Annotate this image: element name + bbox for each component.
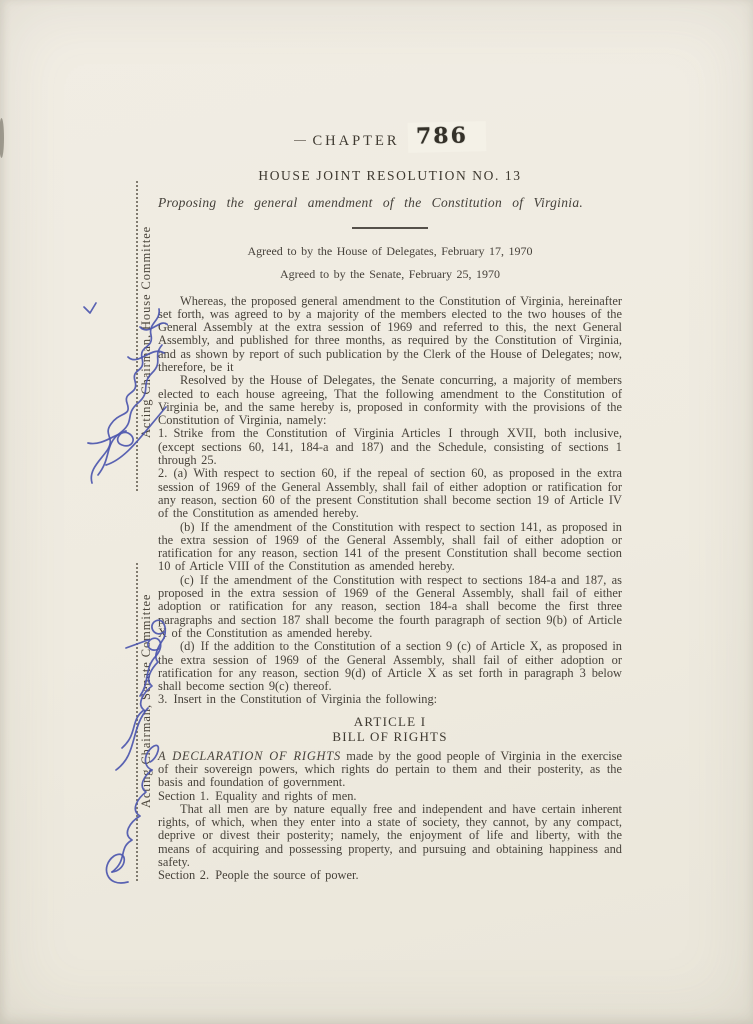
paragraph-item-2d: (d) If the addition to the Constitution … xyxy=(158,640,622,693)
resolution-subtitle: Proposing the general amendment of the C… xyxy=(158,195,622,211)
paragraph-item-3: 3. Insert in the Constitution of Virgini… xyxy=(158,693,622,706)
chapter-line: CHAPTER786 xyxy=(158,124,622,154)
section-1-text: That all men are by nature equally free … xyxy=(158,803,622,869)
scan-edge-artifact xyxy=(0,118,4,158)
paragraph-whereas: Whereas, the proposed general amendment … xyxy=(158,295,622,375)
resolution-body: Whereas, the proposed general amendment … xyxy=(158,295,622,883)
senate-chairman-signature xyxy=(92,588,170,888)
paragraph-declaration: A DECLARATION OF RIGHTS made by the good… xyxy=(158,750,622,790)
scan-dash-artifact xyxy=(294,140,306,141)
section-1-heading: Section 1. Equality and rights of men. xyxy=(158,790,622,803)
paragraph-item-2c: (c) If the amendment of the Constitution… xyxy=(158,574,622,640)
paragraph-item-2a: 2. (a) With respect to section 60, if th… xyxy=(158,467,622,520)
scanned-document-page: Acting Chairman, House Committee Acting … xyxy=(0,0,753,1024)
article-heading-line1: ARTICLE I xyxy=(158,714,622,729)
article-heading: ARTICLE I BILL OF RIGHTS xyxy=(158,714,622,744)
chapter-number-stamp: 786 xyxy=(407,121,486,153)
paragraph-item-1: 1. Strike from the Constitution of Virgi… xyxy=(158,427,622,467)
chapter-label: CHAPTER xyxy=(312,133,399,149)
house-chairman-signature xyxy=(82,283,168,488)
section-divider-rule xyxy=(352,227,428,229)
agreed-house-line: Agreed to by the House of Delegates, Feb… xyxy=(158,244,622,259)
document-content-column: CHAPTER786 HOUSE JOINT RESOLUTION NO. 13… xyxy=(158,0,622,883)
article-heading-line2: BILL OF RIGHTS xyxy=(158,729,622,744)
agreed-senate-line: Agreed to by the Senate, February 25, 19… xyxy=(158,267,622,282)
paragraph-item-2b: (b) If the amendment of the Constitution… xyxy=(158,521,622,574)
section-2-heading: Section 2. People the source of power. xyxy=(158,869,622,882)
paragraph-resolved: Resolved by the House of Delegates, the … xyxy=(158,374,622,427)
declaration-lead-italic: A DECLARATION OF RIGHTS xyxy=(158,749,341,763)
resolution-title: HOUSE JOINT RESOLUTION NO. 13 xyxy=(158,168,622,184)
